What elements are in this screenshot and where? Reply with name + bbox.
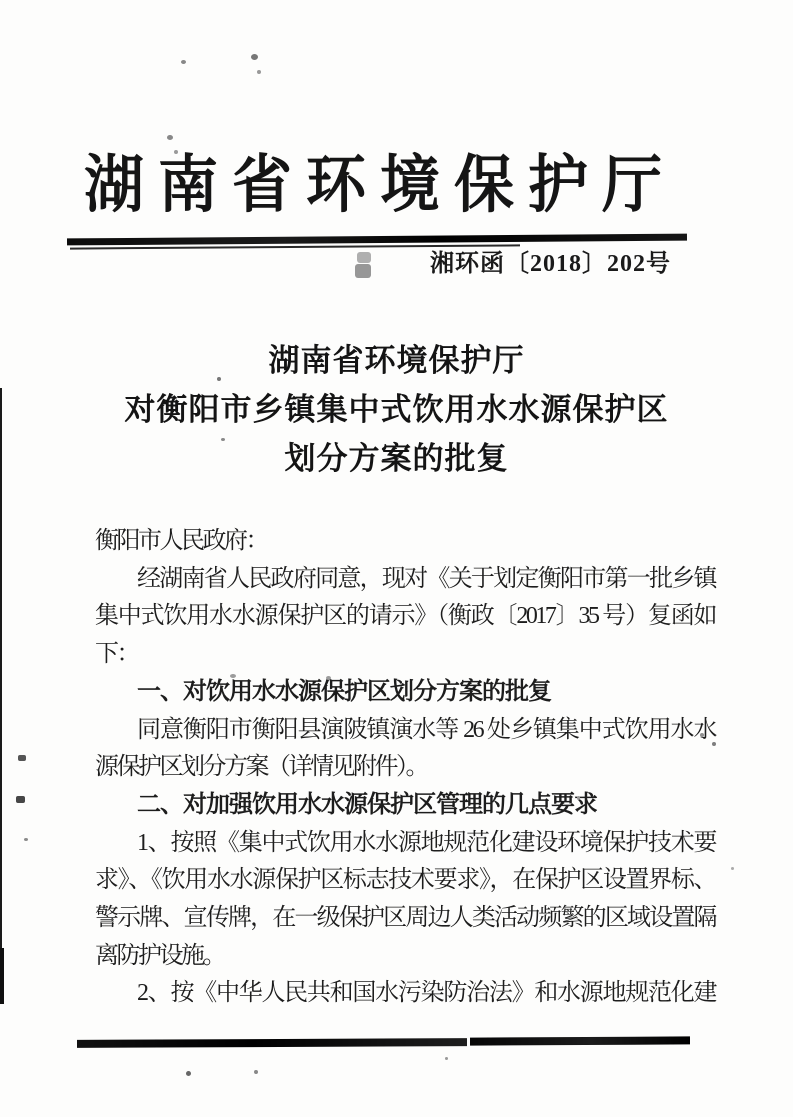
scan-noise-speck bbox=[186, 1071, 191, 1076]
scan-noise-speck bbox=[16, 796, 25, 803]
page-bottom-scan-line bbox=[470, 1036, 690, 1045]
scan-noise-smudge bbox=[355, 264, 371, 278]
scan-noise-speck bbox=[700, 733, 704, 737]
scan-noise-speck bbox=[217, 377, 221, 381]
scan-noise-speck bbox=[174, 150, 178, 154]
document-title-line-2: 对衡阳市乡镇集中式饮用水水源保护区 bbox=[0, 385, 793, 434]
scan-noise-speck bbox=[445, 1057, 448, 1060]
scan-noise-speck bbox=[18, 755, 26, 761]
salutation: 衡阳市人民政府： bbox=[95, 523, 715, 561]
scan-noise-speck bbox=[712, 742, 716, 746]
scan-noise-speck bbox=[181, 60, 186, 64]
body-line: 同意衡阳市衡阳县演陂镇演水等 26 处乡镇集中式饮用水水 bbox=[95, 712, 715, 750]
scan-noise-speck bbox=[326, 676, 331, 680]
body-line: 求》、《饮用水水源保护区标志技术要求》，在保护区设置界标、 bbox=[95, 862, 715, 900]
scan-noise-smudge bbox=[357, 252, 371, 263]
left-edge-scan-line bbox=[0, 948, 4, 1004]
scan-noise-speck bbox=[731, 867, 734, 870]
body-line: 下： bbox=[95, 636, 715, 674]
scan-noise-speck bbox=[167, 135, 173, 140]
document-title-line-1: 湖南省环境保护厅 bbox=[0, 336, 793, 385]
section-one-heading: 一、对饮用水水源保护区划分方案的批复 bbox=[95, 674, 715, 712]
body-line: 集中式饮用水水源保护区的请示》（衡政〔2017〕35 号）复函如 bbox=[95, 598, 715, 636]
scan-noise-speck bbox=[254, 1070, 258, 1074]
document-title: 湖南省环境保护厅 对衡阳市乡镇集中式饮用水水源保护区 划分方案的批复 bbox=[0, 336, 793, 483]
body-line: 源保护区划分方案（详情见附件）。 bbox=[95, 749, 715, 787]
page-bottom-scan-line bbox=[77, 1038, 467, 1048]
letterhead-agency-name: 湖南省环境保护厅 bbox=[84, 151, 676, 220]
document-title-line-3: 划分方案的批复 bbox=[0, 434, 793, 483]
body-line: 警示牌、宣传牌，在一级保护区周边人类活动频繁的区域设置隔 bbox=[95, 900, 715, 938]
scan-noise-speck bbox=[251, 54, 258, 60]
scan-noise-speck bbox=[230, 674, 236, 678]
left-edge-scan-line bbox=[0, 388, 2, 950]
body-line: 离防护设施。 bbox=[95, 938, 715, 976]
section-two-heading: 二、对加强饮用水水源保护区管理的几点要求 bbox=[95, 787, 715, 825]
body-line: 经湖南省人民政府同意，现对《关于划定衡阳市第一批乡镇 bbox=[95, 561, 715, 599]
body-line: 2、按《中华人民共和国水污染防治法》和水源地规范化建 bbox=[95, 975, 715, 1013]
scan-noise-speck bbox=[221, 438, 225, 441]
document-body: 衡阳市人民政府： 经湖南省人民政府同意，现对《关于划定衡阳市第一批乡镇 集中式饮… bbox=[95, 523, 715, 1013]
scan-noise-speck bbox=[257, 70, 261, 74]
scan-noise-speck bbox=[577, 796, 580, 800]
letterhead-divider-thick-line bbox=[67, 234, 687, 246]
scan-noise-speck bbox=[24, 838, 28, 841]
scanned-document-page: 湖南省环境保护厅 湘环函〔2018〕202号 湖南省环境保护厅 对衡阳市乡镇集中… bbox=[0, 0, 793, 1117]
body-line: 1、按照《集中式饮用水水源地规范化建设环境保护技术要 bbox=[95, 825, 715, 863]
document-number: 湘环函〔2018〕202号 bbox=[0, 249, 793, 279]
